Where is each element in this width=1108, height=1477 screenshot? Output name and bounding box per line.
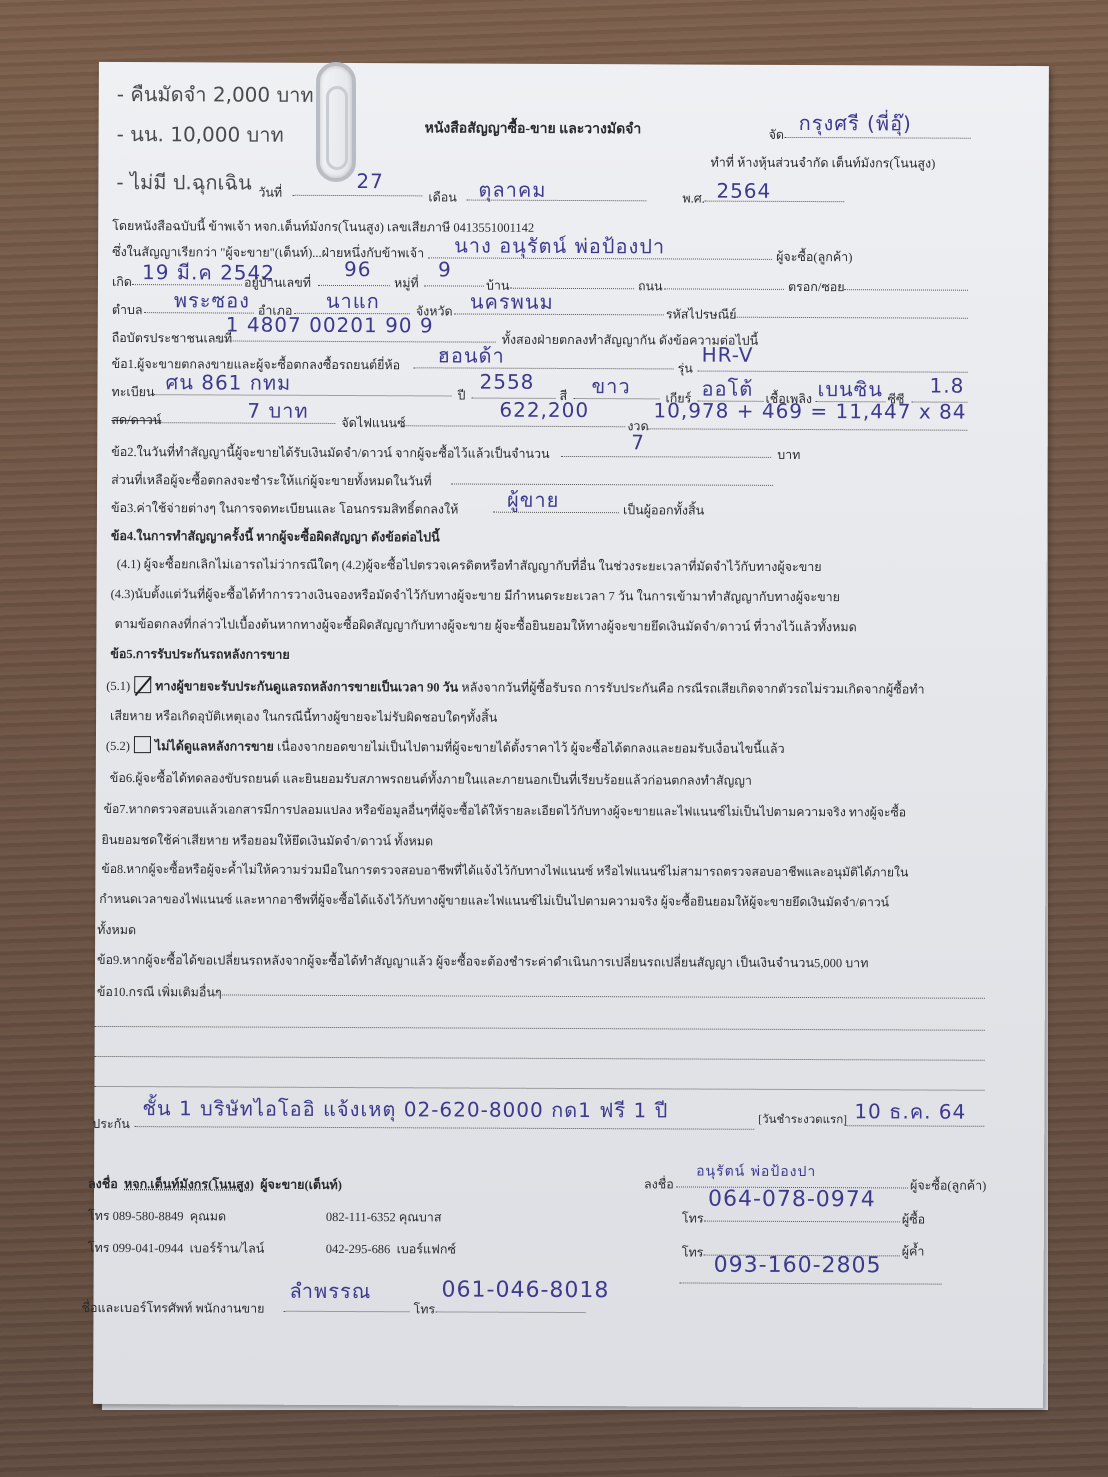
clause-8-continued: กำหนดเวลาของไฟแนนซ์ และหากอาชีพที่ผู้จะซ… (99, 890, 889, 912)
clause-2: ข้อ2.ในวันที่ทำสัญญานี้ผู้จะขายได้รับเงิ… (111, 442, 549, 464)
clause-6: ข้อ6.ผู้จะซื้อได้ทดลองขับรถยนต์ และยินยอ… (110, 768, 752, 791)
seller-role: ผู้จะขาย(เต็นท์) (260, 1178, 342, 1192)
seller-contact-2: 082-111-6352 คุณบาส (326, 1207, 442, 1228)
clause-5-1-continued: เสียหาย หรือเกิดอุบัติเหตุเอง ในกรณีนี้ท… (110, 706, 497, 728)
contract-document: - คืนมัดจำ 2,000 บาท - นน. 10,000 บาท - … (93, 62, 1049, 1408)
buyer-phone: 064-078-0974 (708, 1187, 876, 1213)
note-no-emergency: - ไม่มี ป.ฉุกเฉิน (116, 166, 251, 199)
guarantor-phone-role: ผู้ค้ำ (902, 1241, 925, 1261)
year-label: พ.ศ. (682, 188, 705, 208)
seller-phone-1: 089-580-8849 (113, 1209, 184, 1223)
id-label: ถือบัตรประชาชนเลขที่ (112, 328, 233, 349)
branch-value: กรุงศรี (พี่อุ๊) (799, 107, 912, 139)
note-deposit-refund: - คืนมัดจำ 2,000 บาท (117, 78, 314, 111)
guarantor-phone: 093-160-2805 (714, 1253, 882, 1279)
down-label: สด/ดาวน์ (111, 410, 161, 430)
seller-contact-4: 042-295-686 เบอร์แฟกซ์ (326, 1239, 456, 1260)
car-color: ขาว (591, 370, 630, 402)
deposit-amount: 7 (631, 430, 645, 454)
clause-8: ข้อ8.หากผู้จะซื้อหรือผู้จะค้ำไม่ให้ความร… (101, 860, 908, 883)
buyer-signature: อนุรัตน์ พ่อป้องปา (696, 1161, 816, 1184)
clause-10: ข้อ10.กรณี เพิ่มเติมอื่นๆ (97, 982, 222, 1003)
insurance-value: ชั้น 1 บริษัทไอโออิ แจ้งเหตุ 02-620-8000… (142, 1092, 668, 1126)
place-of-contract: ทำที่ ห้างหุ้นส่วนจำกัด เต็นท์มังกร(โนนส… (710, 153, 935, 174)
clause-8-end: ทั้งหมด (97, 920, 136, 940)
postcode-label: รหัสไปรษณีย์ (666, 304, 737, 324)
clause-9: ข้อ9.หากผู้จะซื้อได้ขอเปลี่ยนรถหลังจากผู… (97, 950, 869, 973)
id-value: 1 4807 00201 90 9 (226, 312, 434, 337)
guarantor-tel-label: โทร (682, 1242, 704, 1262)
clause-7-continued: ยินยอมชดใช้ค่าเสียหาย หรือยอมให้ยึดเงินม… (101, 830, 433, 851)
clause-7: ข้อ7.หากตรวจสอบแล้วเอกสารมีการปลอมแปลง ห… (104, 800, 907, 823)
buyer-suffix: ผู้จะซื้อ(ลูกค้า) (776, 247, 852, 267)
seller-sign-label: ลงชื่อ (88, 1177, 118, 1191)
clause-5-2-rest: เนื่องจากยอดขายไม่เป็นไปตามที่ผู้จะขายได… (274, 740, 785, 756)
born-label: เกิด (112, 272, 132, 292)
clause-4-title: ข้อ4.ในการทำสัญญาครั้งนี้ หากผู้จะซื้อผิ… (111, 526, 440, 547)
clause-5-title: ข้อ5.การรับประกันรถหลังการขาย (110, 644, 289, 665)
installment-value: 10,978 + 469 = 11,447 x 84 (653, 398, 966, 423)
clause-5-1-label: (5.1) (106, 679, 130, 693)
warranty-90-days-checkbox[interactable] (134, 676, 151, 693)
salesperson-tel-label: โทร (413, 1299, 435, 1319)
clause-5-1-bold: ทางผู้ขายจะรับประกันดูแลรถหลังการขายเป็น… (155, 679, 458, 694)
road-label: ถนน (638, 276, 663, 296)
buyer-name: นาง อนุรัตน์ พ่อป้องปา (454, 229, 665, 262)
clause-5-2: (5.2)ไม่ได้ดูแลหลังการขาย เนื่องจากยอดขา… (106, 736, 785, 759)
down-payment: 7 บาท (247, 395, 308, 427)
branch-label: จัด (769, 125, 785, 145)
finance-label: จัดไฟแนนซ์ (341, 413, 405, 433)
tambon-label: ตำบล (112, 300, 143, 320)
buyer-phone-role: ผู้ซื้อ (902, 1209, 925, 1229)
province-value: นครพนม (470, 286, 554, 318)
seller-contact-3: โทร 099-041-0944 เบอร์ร้าน/ไลน์ (88, 1238, 265, 1259)
buyer-sign-role: ผู้จะซื้อ(ลูกค้า) (910, 1175, 986, 1195)
clause-4-3: (4.3)นับตั้งแต่วันที่ผู้จะซื้อได้ทำการวา… (111, 584, 840, 607)
seller-contact-1: โทร 089-580-8849 คุณมด (88, 1206, 226, 1227)
seller-phone-2: 082-111-6352 (326, 1210, 396, 1224)
first-payment-label: [วันชำระงวดแรก] (758, 1111, 847, 1129)
first-payment-date: 10 ธ.ค. 64 (854, 1095, 966, 1127)
salesperson-name: ลำพรรณ (290, 1275, 372, 1307)
cc-value: 1.8 (929, 374, 964, 398)
clause-3-payer: ผู้ขาย (507, 484, 559, 516)
house-label: อยู่บ้านเลขที่ (244, 273, 311, 293)
seller-sign: ลงชื่อ หจก.เต็นท์มังกร(โนนสูง) ผู้จะขาย(… (88, 1174, 342, 1195)
clause-2-remaining: ส่วนที่เหลือผู้จะซื้อตกลงจะชำระให้แก่ผู้… (111, 470, 432, 491)
car-year: 2558 (479, 370, 534, 394)
day-value: 27 (356, 169, 384, 193)
model-label: รุ่น (678, 358, 693, 378)
no-warranty-checkbox[interactable] (134, 736, 151, 753)
clause-4-4: ตามข้อตกลงที่กล่าวไปเบื้องต้นหากทางผู้จะ… (114, 614, 856, 637)
clause-5-2-label: (5.2) (106, 739, 130, 753)
reg-label: ทะเบียน (111, 382, 154, 402)
baht-unit: บาท (777, 445, 800, 465)
year-made-label: ปี (457, 386, 465, 406)
clause-5-1-rest: หลังจากวันที่ผู้ซื้อรับรถ การรับประกันคื… (458, 681, 924, 697)
year-value: 2564 (716, 179, 771, 203)
insurance-label: ประกัน (92, 1114, 130, 1134)
seller-phone-4: 042-295-686 (326, 1242, 391, 1256)
clause-5-1: (5.1)ทางผู้ขายจะรับประกันดูแลรถหลังการขา… (106, 676, 924, 700)
buyer-tel-label: โทร (682, 1208, 704, 1228)
document-title: หนังสือสัญญาซื้อ-ขาย และวางมัดจำ (425, 117, 642, 140)
car-brand: ฮอนด้า (438, 339, 505, 371)
seller-name: หจก.เต็นท์มังกร(โนนสูง) (124, 1177, 254, 1192)
clause-4-1: (4.1) ผู้จะซื้อยกเลิกไม่เอารถไม่ว่ากรณีใ… (117, 554, 822, 577)
paper-clip-inner (326, 86, 348, 170)
note-amount: - นน. 10,000 บาท (117, 118, 284, 151)
house-value: 96 (344, 257, 372, 281)
salesperson-label: ชื่อและเบอร์โทรศัพท์ พนักงานขาย (81, 1298, 264, 1319)
soi-label: ตรอก/ซอย (788, 277, 845, 297)
buyer-sign-label: ลงชื่อ (644, 1174, 674, 1194)
day-label: วันที่ (258, 183, 282, 203)
month-label: เดือน (428, 187, 457, 207)
seller-phone-3: 099-041-0944 (113, 1241, 184, 1255)
moo-label: หมู่ที่ (394, 273, 419, 293)
month-value: ตุลาคม (478, 174, 546, 206)
clause-5-2-bold: ไม่ได้ดูแลหลังการขาย (155, 739, 274, 754)
car-model: HR-V (702, 343, 754, 367)
finance-amount: 622,200 (499, 398, 589, 422)
moo-value: 9 (438, 257, 452, 281)
clause-3: ข้อ3.ค่าใช้จ่ายต่างๆ ในการจดทะเบียนและ โ… (111, 498, 459, 520)
clause-3-end: เป็นผู้ออกทั้งสิ้น (623, 500, 704, 520)
salesperson-phone: 061-046-8018 (442, 1277, 610, 1303)
